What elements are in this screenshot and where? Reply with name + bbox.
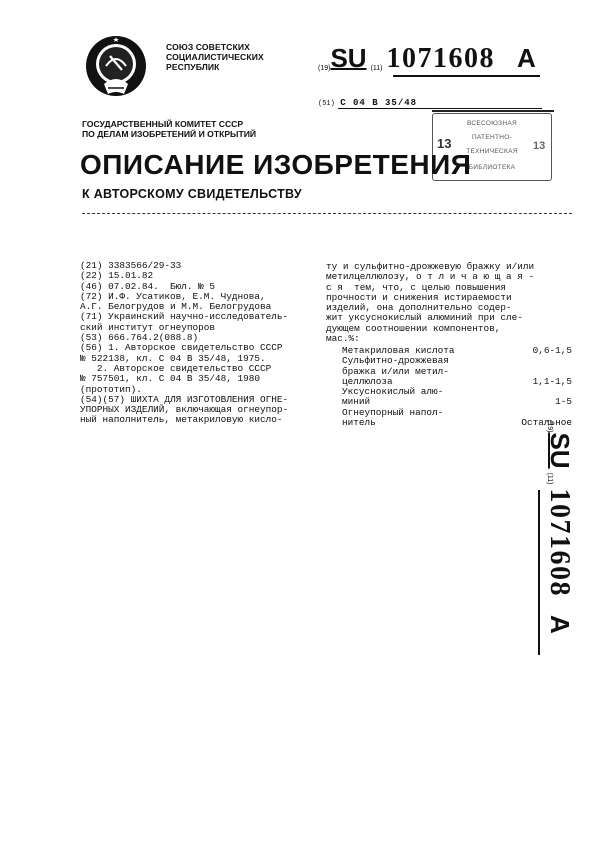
- stamp-top-line: [432, 110, 554, 112]
- committee-line: ПО ДЕЛАМ ИЗОБРЕТЕНИЙ И ОТКРЫТИЙ: [82, 129, 256, 139]
- side-label-line: [538, 490, 540, 655]
- side-patent-number: 1071608: [544, 489, 575, 598]
- committee-name: ГОСУДАРСТВЕННЫЙ КОМИТЕТ СССР ПО ДЕЛАМ ИЗ…: [82, 119, 256, 139]
- composition-row: нительОстальное: [342, 418, 572, 428]
- side-patent-label: (19)SU (11) 1071608 A: [541, 420, 581, 660]
- ipc-code: C 04 B 35/48: [340, 98, 417, 108]
- ipc-classification: (51) C 04 B 35/48: [318, 98, 417, 108]
- component-value: 1,1-1,5: [533, 377, 572, 387]
- kind-code: A: [517, 43, 536, 73]
- side-country-code: SU: [545, 432, 575, 468]
- side-kind-code: A: [545, 615, 575, 634]
- claim-column: ту и сульфитно-дрожжевую бражку и/илимет…: [326, 262, 571, 344]
- stamp-number-right: 13: [533, 140, 545, 152]
- stamp-line: ВСЕСОЮЗНАЯ: [451, 120, 533, 127]
- committee-line: ГОСУДАРСТВЕННЫЙ КОМИТЕТ СССР: [82, 119, 256, 129]
- claim-line: дующем соотношении компонентов,: [326, 324, 571, 334]
- ussr-emblem-icon: [84, 34, 148, 102]
- header-rule: [82, 213, 572, 215]
- number-tag: (11): [371, 65, 383, 72]
- patent-number-underline: [393, 75, 540, 77]
- side-country-code-tag: (19): [546, 420, 553, 432]
- union-line: СОЮЗ СОВЕТСКИХ: [166, 42, 264, 52]
- document-title: ОПИСАНИЕ ИЗОБРЕТЕНИЯ: [80, 149, 471, 181]
- composition-row: Уксуснокислый алю-: [342, 387, 572, 397]
- claim-line: мас.%:: [326, 334, 571, 344]
- composition-table: Метакриловая кислота0,6-1,5Сульфитно-дро…: [342, 346, 572, 428]
- country-code-tag: (19): [318, 65, 330, 72]
- bibliography-column: (21) 3383566/29-33(22) 15.01.82(46) 07.0…: [80, 261, 320, 426]
- bibliography-line: ный наполнитель, метакриловую кисло-: [80, 415, 320, 425]
- component-value: 0,6-1,5: [533, 346, 572, 356]
- stamp-line: ПАТЕНТНО-: [451, 134, 533, 141]
- patent-number: 1071608: [387, 43, 496, 74]
- side-number-tag: (11): [546, 473, 553, 485]
- ipc-tag: (51): [318, 100, 335, 108]
- ipc-underline: [338, 108, 542, 109]
- document-subtitle: К АВТОРСКОМУ СВИДЕТЕЛЬСТВУ: [82, 187, 302, 201]
- union-name: СОЮЗ СОВЕТСКИХ СОЦИАЛИСТИЧЕСКИХ РЕСПУБЛИ…: [166, 42, 264, 72]
- country-code: SU: [330, 43, 366, 73]
- component-name: нитель: [342, 418, 376, 428]
- union-line: СОЦИАЛИСТИЧЕСКИХ: [166, 52, 264, 62]
- union-line: РЕСПУБЛИК: [166, 62, 264, 72]
- component-value: 1-5: [555, 397, 572, 407]
- patent-number-header: (19)SU (11) 1071608 A: [318, 43, 536, 73]
